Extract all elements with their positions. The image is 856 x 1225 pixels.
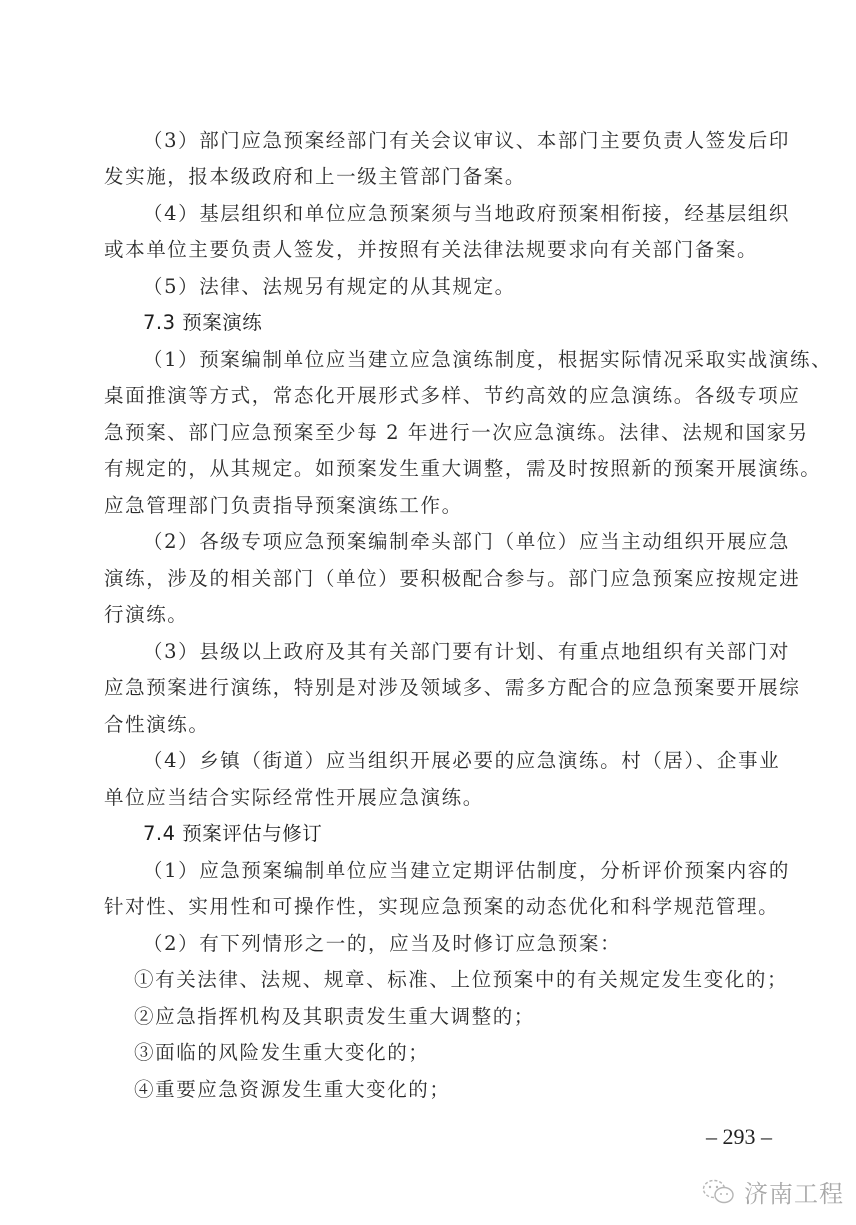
page-number: – 293 – <box>706 1124 772 1150</box>
drill-paragraph-1-line-3: 急预案、部门应急预案至少每 2 年进行一次应急演练。法律、法规和国家另 <box>104 420 764 446</box>
drill-paragraph-2-line-2: 演练，涉及的相关部门（单位）要积极配合参与。部门应急预案应按规定进 <box>104 566 764 592</box>
drill-paragraph-1-line-5: 应急管理部门负责指导预案演练工作。 <box>104 493 764 519</box>
section-heading-7-3: 7.3 预案演练 <box>143 310 262 336</box>
revision-item-3: ③面临的风险发生重大变化的； <box>134 1040 794 1066</box>
paragraph-4-line-1: （4）基层组织和单位应急预案须与当地政府预案相衔接，经基层组织 <box>143 201 764 227</box>
wechat-icon <box>702 1178 736 1206</box>
drill-paragraph-1-line-1: （1）预案编制单位应当建立应急演练制度，根据实际情况采取实战演练、 <box>143 347 764 373</box>
watermark-text: 济南工程 <box>744 1174 844 1209</box>
revision-paragraph-1-line-1: （1）应急预案编制单位应当建立定期评估制度，分析评价预案内容的 <box>143 858 764 884</box>
drill-paragraph-1-line-2: 桌面推演等方式，常态化开展形式多样、节约高效的应急演练。各级专项应 <box>104 383 764 409</box>
drill-paragraph-4-line-2: 单位应当结合实际经常性开展应急演练。 <box>104 785 764 811</box>
drill-paragraph-1-line-4: 有规定的，从其规定。如预案发生重大调整，需及时按照新的预案开展演练。 <box>104 456 764 482</box>
drill-paragraph-3-line-2: 应急预案进行演练，特别是对涉及领域多、需多方配合的应急预案要开展综 <box>104 675 764 701</box>
drill-paragraph-2-line-1: （2）各级专项应急预案编制牵头部门（单位）应当主动组织开展应急 <box>143 529 764 555</box>
revision-item-1: ①有关法律、法规、规章、标准、上位预案中的有关规定发生变化的； <box>134 967 794 993</box>
drill-paragraph-4-line-1: （4）乡镇（街道）应当组织开展必要的应急演练。村（居）、企事业 <box>143 748 764 774</box>
revision-item-4: ④重要应急资源发生重大变化的； <box>134 1077 794 1103</box>
drill-paragraph-3-line-1: （3）县级以上政府及其有关部门要有计划、有重点地组织有关部门对 <box>143 639 764 665</box>
watermark: 济南工程 <box>702 1174 844 1209</box>
drill-paragraph-3-line-3: 合性演练。 <box>104 712 764 738</box>
revision-item-2: ②应急指挥机构及其职责发生重大调整的； <box>134 1004 794 1030</box>
revision-paragraph-2-line-1: （2）有下列情形之一的，应当及时修订应急预案： <box>143 931 764 957</box>
paragraph-5-line-1: （5）法律、法规另有规定的从其规定。 <box>143 274 764 300</box>
paragraph-3-line-2: 发实施，报本级政府和上一级主管部门备案。 <box>104 164 764 190</box>
paragraph-4-line-2: 或本单位主要负责人签发，并按照有关法律法规要求向有关部门备案。 <box>104 237 764 263</box>
section-heading-7-4: 7.4 预案评估与修订 <box>143 821 322 847</box>
drill-paragraph-2-line-3: 行演练。 <box>104 602 764 628</box>
paragraph-3-line-1: （3）部门应急预案经部门有关会议审议、本部门主要负责人签发后印 <box>143 128 764 154</box>
revision-paragraph-1-line-2: 针对性、实用性和可操作性，实现应急预案的动态优化和科学规范管理。 <box>104 894 764 920</box>
